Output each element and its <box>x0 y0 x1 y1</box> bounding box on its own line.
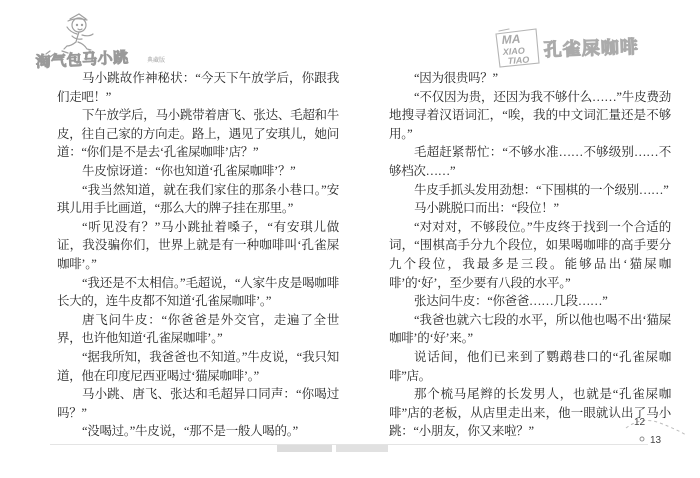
paragraph: 毛超赶紧帮忙：“不够水准……不够级别……不够档次……” <box>389 143 671 180</box>
box-letters-tiao: TIAO <box>507 55 529 66</box>
chapter-title-text: 孔雀屎咖啡 <box>543 36 639 60</box>
paragraph: 牛皮惊讶道：“你也知道‘孔雀屎咖啡’？” <box>57 162 339 181</box>
gutter-shadow-right <box>336 445 388 452</box>
paragraph: “我爸也就六七段的水平，所以他也喝不出‘猫屎咖啡’的‘好’来。” <box>389 311 671 348</box>
paragraph: 马小跳、唐飞、张达和毛超异口同声：“你喝过吗？” <box>57 385 339 422</box>
paragraph: 说话间，他们已来到了鹦鹉巷口的“孔雀屎咖啡”店。 <box>389 348 671 385</box>
paragraph: “不仅因为贵，还因为我不够什么……”牛皮费劲地搜寻着汉语词汇，“唉，我的中文词汇… <box>389 88 671 144</box>
paragraph: “没喝过。”牛皮说，“那不是一般人喝的。” <box>57 422 339 441</box>
paragraph: 马小跳脱口而出：“段位！” <box>389 199 671 218</box>
chapter-logo: MA XIAO TIAO 孔雀屎咖啡 <box>490 22 650 76</box>
paragraph: “因为很贵吗？” <box>389 69 671 88</box>
left-page-text: 马小跳故作神秘状：“今天下午放学后，你跟我们走吧！”下午放学后，马小跳带着唐飞、… <box>57 69 339 441</box>
pagination: 12 13 <box>612 412 696 456</box>
paragraph: 张达问牛皮：“你爸爸……几段……” <box>389 292 671 311</box>
page-number-left: 12 <box>634 417 646 428</box>
paragraph: “我当然知道，就在我们家住的那条小巷口。”安琪儿用手比画道，“那么大的牌子挂在那… <box>57 181 339 218</box>
pagination-dot-icon <box>640 437 644 441</box>
paragraph: 牛皮手抓头发用劲想：“下围棋的一个级别……” <box>389 181 671 200</box>
page-number-right: 13 <box>650 435 662 446</box>
paragraph: 唐飞问牛皮：“你爸爸是外交官，走遍了全世界，也许他知道‘孔雀屎咖啡’。” <box>57 311 339 348</box>
book-spread: 淘气包马小跳 典藏版 MA XIAO TIAO 孔雀屎咖啡 马小跳故作神秘状：“… <box>0 0 700 478</box>
jumping-boy-icon: 淘气包马小跳 典藏版 <box>34 10 174 72</box>
paragraph: 马小跳故作神秘状：“今天下午放学后，你跟我们走吧！” <box>57 69 339 106</box>
series-logo: 淘气包马小跳 典藏版 <box>34 10 174 72</box>
paragraph: “据我所知，我爸爸也不知道。”牛皮说，“我只知道，他在印度尼西亚喝过‘猫屎咖啡’… <box>57 348 339 385</box>
series-logo-badge: 典藏版 <box>147 56 165 64</box>
right-page-text: “因为很贵吗？”“不仅因为贵，还因为我不够什么……”牛皮费劲地搜寻着汉语词汇，“… <box>389 69 671 441</box>
chapter-logo-art: MA XIAO TIAO 孔雀屎咖啡 <box>490 22 650 76</box>
paragraph: “对对对，不够段位。”牛皮终于找到一个合适的词，“围棋高手分九个段位，如果喝咖啡… <box>389 218 671 292</box>
paragraph: “听见没有？”马小跳扯着嗓子，“有安琪儿做证，我没骗你们，世界上就是有一种咖啡叫… <box>57 218 339 274</box>
paragraph: 下午放学后，马小跳带着唐飞、张达、毛超和牛皮，往自己家的方向走。路上，遇见了安琪… <box>57 106 339 162</box>
paragraph: “我还是不太相信。”毛超说，“人家牛皮是喝咖啡长大的，连牛皮都不知道‘孔雀屎咖啡… <box>57 274 339 311</box>
gutter-shadow-left <box>277 445 332 452</box>
box-letters-ma: MA <box>501 32 521 47</box>
